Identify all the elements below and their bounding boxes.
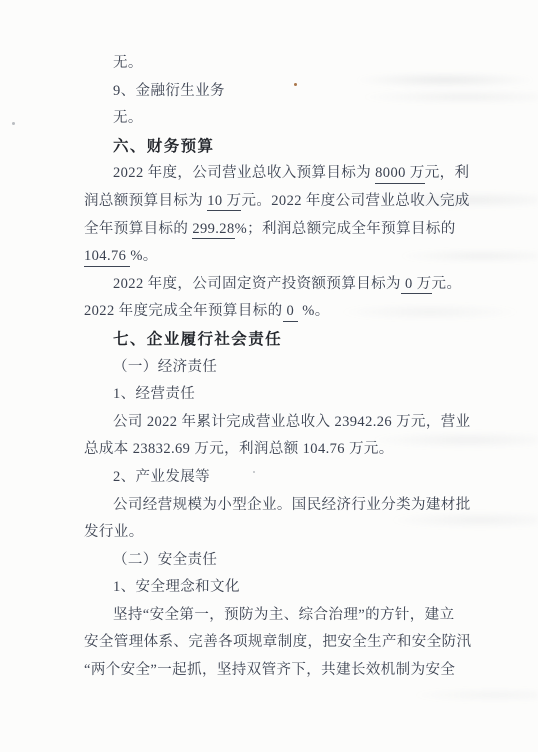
underlined-value: 299.28 (192, 221, 234, 240)
underlined-value: 0 万 (401, 276, 432, 295)
underlined-value: 0 (283, 303, 299, 322)
text-segment: 润总额预算目标为 (84, 193, 207, 209)
text-segment: （二）安全责任 (113, 552, 217, 568)
text-segment: 元，利 (425, 165, 470, 181)
subheading-industry-development: 2、产业发展等 (84, 464, 476, 492)
underlined-value: 104.76 (84, 248, 130, 267)
text-segment: “两个安全”一起抓，坚持双管齐下，共建长效机制为安全 (84, 662, 455, 678)
text-line: 2022 年度，公司固定资产投资额预算目标为 0 万元。 (84, 271, 476, 299)
text-line: 2022 年度，公司营业总收入预算目标为 8000 万元，利 (84, 160, 476, 188)
text-line: 安全管理体系、完善各项规章制度，把安全生产和安全防汛 (84, 629, 476, 657)
text-line: 全年预算目标的 299.28%；利润总额完成全年预算目标的 (84, 216, 476, 244)
text-segment: %。 (130, 248, 157, 264)
text-line: 公司经营规模为小型企业。国民经济行业分类为建材批 (84, 492, 476, 520)
text-segment: （一）经济责任 (113, 359, 217, 375)
text-line: 无。 (84, 105, 476, 133)
underlined-value: 10 万 (207, 193, 241, 212)
text-segment: 9、金融衍生业务 (113, 83, 225, 99)
text-segment: 无。 (113, 55, 143, 71)
text-line: 发行业。 (84, 519, 476, 547)
text-line: 总成本 23832.69 万元，利润总额 104.76 万元。 (84, 436, 476, 464)
text-line: “两个安全”一起抓，坚持双管齐下，共建长效机制为安全 (84, 657, 476, 685)
text-line: 无。 (84, 50, 476, 78)
text-segment: 1、经营责任 (113, 386, 195, 402)
text-line: 9、金融衍生业务 (84, 78, 476, 106)
subheading-economic-responsibility: （一）经济责任 (84, 354, 476, 382)
text-segment: 2、产业发展等 (113, 469, 210, 485)
text-segment: 元。2022 年度公司营业总收入完成 (241, 193, 469, 209)
scan-speck (12, 122, 15, 125)
text-segment: 公司经营规模为小型企业。国民经济行业分类为建材批 (113, 497, 471, 513)
heading-text: 七、企业履行社会责任 (113, 331, 282, 348)
text-segment: 2022 年度完成全年预算目标的 (84, 303, 283, 319)
text-segment: 发行业。 (84, 524, 144, 540)
heading-text: 六、财务预算 (113, 138, 214, 155)
text-segment: 1、安全理念和文化 (113, 579, 240, 595)
text-segment: 总成本 23832.69 万元，利润总额 104.76 万元。 (84, 441, 394, 457)
subheading-safety-culture: 1、安全理念和文化 (84, 574, 476, 602)
text-segment: 2022 年度，公司固定资产投资额预算目标为 (113, 276, 401, 292)
heading-social-responsibility: 七、企业履行社会责任 (84, 326, 476, 354)
text-segment: 元。 (432, 276, 462, 292)
text-segment: 坚持“安全第一，预防为主、综合治理”的方针，建立 (113, 607, 454, 623)
subheading-safety-responsibility: （二）安全责任 (84, 547, 476, 575)
text-line: 公司 2022 年累计完成营业总收入 23942.26 万元，营业 (84, 409, 476, 437)
text-segment: 安全管理体系、完善各项规章制度，把安全生产和安全防汛 (84, 634, 471, 650)
underlined-value: 8000 万 (375, 165, 425, 184)
text-segment: %；利润总额完成全年预算目标的 (235, 221, 456, 237)
text-line: 104.76 %。 (84, 243, 476, 271)
text-segment: %。 (298, 303, 329, 319)
text-line: 坚持“安全第一，预防为主、综合治理”的方针，建立 (84, 602, 476, 630)
text-line: 2022 年度完成全年预算目标的 0 %。 (84, 298, 476, 326)
text-segment: 全年预算目标的 (84, 221, 192, 237)
document-text-block: 无。 9、金融衍生业务 无。 六、财务预算 2022 年度，公司营业总收入预算目… (84, 50, 476, 685)
heading-financial-budget: 六、财务预算 (84, 133, 476, 161)
text-line: 润总额预算目标为 10 万元。2022 年度公司营业总收入完成 (84, 188, 476, 216)
text-segment: 无。 (113, 110, 143, 126)
scanned-document-page: 无。 9、金融衍生业务 无。 六、财务预算 2022 年度，公司营业总收入预算目… (0, 0, 538, 752)
subheading-operating-responsibility: 1、经营责任 (84, 381, 476, 409)
text-segment: 公司 2022 年累计完成营业总收入 23942.26 万元，营业 (113, 414, 471, 430)
text-segment: 2022 年度，公司营业总收入预算目标为 (113, 165, 375, 181)
